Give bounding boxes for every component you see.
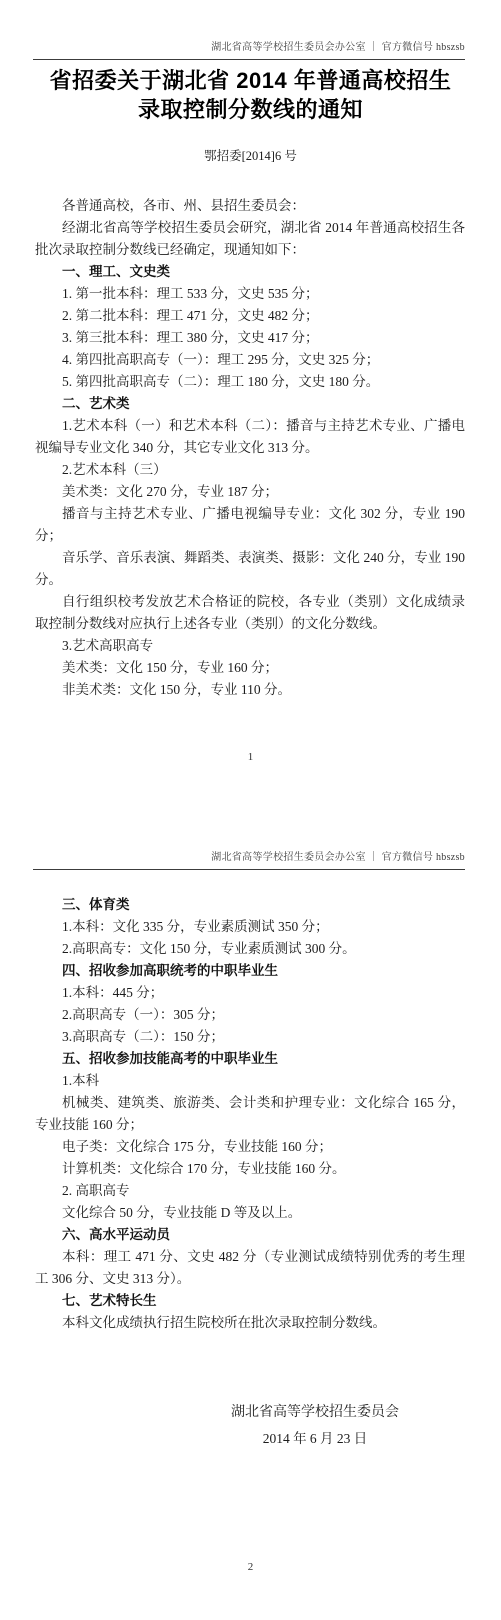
- section-heading: 五、招收参加技能高考的中职毕业生: [35, 1048, 465, 1070]
- paragraph: 自行组织校考发放艺术合格证的院校，各专业（类别）文化成绩录取控制分数线对应执行上…: [35, 591, 465, 635]
- paragraph: 3.高职高专（二）：150 分；: [35, 1026, 465, 1048]
- document-title-line2: 录取控制分数线的通知: [0, 95, 501, 124]
- paragraph: 1. 第一批本科：理工 533 分，文史 535 分；: [35, 283, 465, 305]
- paragraph: 1.本科：文化 335 分，专业素质测试 350 分；: [35, 916, 465, 938]
- paragraph: 各普通高校，各市、州、县招生委员会：: [35, 195, 465, 217]
- paragraph: 音乐学、音乐表演、舞蹈类、表演类、摄影：文化 240 分，专业 190 分。: [35, 547, 465, 591]
- paragraph: 非美术类：文化 150 分，专业 110 分。: [35, 679, 465, 701]
- paragraph: 1.艺术本科（一）和艺术本科（二）：播音与主持艺术专业、广播电视编导专业文化 3…: [35, 415, 465, 459]
- page-header: 湖北省高等学校招生委员会办公室 ｜ 官方微信号 hbszsb: [33, 848, 465, 870]
- paragraph: 机械类、建筑类、旅游类、会计类和护理专业：文化综合 165 分，专业技能 160…: [35, 1092, 465, 1136]
- paragraph: 1.本科: [35, 1070, 465, 1092]
- document-title-line1: 省招委关于湖北省 2014 年普通高校招生: [0, 66, 501, 95]
- section-heading: 二、艺术类: [35, 393, 465, 415]
- signature-date: 2014 年 6 月 23 日: [195, 1426, 435, 1452]
- paragraph: 4. 第四批高职高专（一）：理工 295 分，文史 325 分；: [35, 349, 465, 371]
- document-title: 省招委关于湖北省 2014 年普通高校招生 录取控制分数线的通知: [0, 66, 501, 124]
- paragraph: 经湖北省高等学校招生委员会研究，湖北省 2014 年普通高校招生各批次录取控制分…: [35, 217, 465, 261]
- document-number: 鄂招委[2014]6 号: [0, 146, 501, 164]
- page-header-text: 湖北省高等学校招生委员会办公室 ｜ 官方微信号 hbszsb: [211, 42, 465, 53]
- paragraph: 5. 第四批高职高专（二）：理工 180 分，文史 180 分。: [35, 371, 465, 393]
- page-1: 湖北省高等学校招生委员会办公室 ｜ 官方微信号 hbszsb 省招委关于湖北省 …: [0, 0, 501, 810]
- paragraph: 美术类：文化 150 分，专业 160 分；: [35, 657, 465, 679]
- page1-number: 1: [0, 751, 501, 763]
- notice-document: 湖北省高等学校招生委员会办公室 ｜ 官方微信号 hbszsb 省招委关于湖北省 …: [0, 0, 501, 1620]
- section-heading: 六、高水平运动员: [35, 1224, 465, 1246]
- page2-body: 三、体育类1.本科：文化 335 分，专业素质测试 350 分；2.高职高专：文…: [35, 894, 465, 1334]
- paragraph: 播音与主持艺术专业、广播电视编导专业：文化 302 分，专业 190 分；: [35, 503, 465, 547]
- section-heading: 一、理工、文史类: [35, 261, 465, 283]
- paragraph: 3. 第三批本科：理工 380 分，文史 417 分；: [35, 327, 465, 349]
- signature-block: 湖北省高等学校招生委员会 2014 年 6 月 23 日: [195, 1400, 435, 1452]
- paragraph: 2.艺术本科（三）: [35, 459, 465, 481]
- paragraph: 本科文化成绩执行招生院校所在批次录取控制分数线。: [35, 1312, 465, 1334]
- section-heading: 三、体育类: [35, 894, 465, 916]
- paragraph: 2. 高职高专: [35, 1180, 465, 1202]
- section-heading: 四、招收参加高职统考的中职毕业生: [35, 960, 465, 982]
- page-header: 湖北省高等学校招生委员会办公室 ｜ 官方微信号 hbszsb: [33, 38, 465, 60]
- paragraph: 2.高职高专（一）：305 分；: [35, 1004, 465, 1026]
- paragraph: 2.高职高专：文化 150 分，专业素质测试 300 分。: [35, 938, 465, 960]
- page1-body: 各普通高校，各市、州、县招生委员会：经湖北省高等学校招生委员会研究，湖北省 20…: [35, 195, 465, 701]
- page-2: 湖北省高等学校招生委员会办公室 ｜ 官方微信号 hbszsb 三、体育类1.本科…: [0, 810, 501, 1620]
- paragraph: 美术类：文化 270 分，专业 187 分；: [35, 481, 465, 503]
- paragraph: 计算机类：文化综合 170 分，专业技能 160 分。: [35, 1158, 465, 1180]
- paragraph: 1.本科：445 分；: [35, 982, 465, 1004]
- paragraph: 本科：理工 471 分、文史 482 分（专业测试成绩特别优秀的考生理工 306…: [35, 1246, 465, 1290]
- page-header-text: 湖北省高等学校招生委员会办公室 ｜ 官方微信号 hbszsb: [211, 852, 465, 863]
- paragraph: 3.艺术高职高专: [35, 635, 465, 657]
- paragraph: 2. 第二批本科：理工 471 分，文史 482 分；: [35, 305, 465, 327]
- section-heading: 七、艺术特长生: [35, 1290, 465, 1312]
- signature-org: 湖北省高等学校招生委员会: [195, 1400, 435, 1426]
- page2-number: 2: [0, 1561, 501, 1573]
- paragraph: 文化综合 50 分，专业技能 D 等及以上。: [35, 1202, 465, 1224]
- paragraph: 电子类：文化综合 175 分，专业技能 160 分；: [35, 1136, 465, 1158]
